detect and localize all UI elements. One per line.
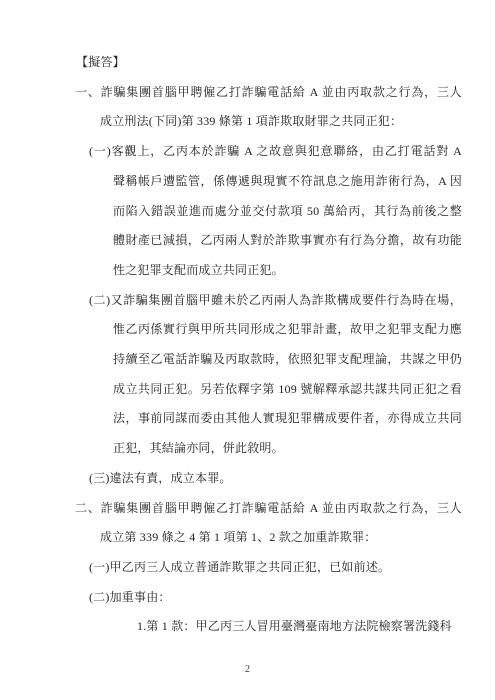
text-line: (二)加重事由：: [89, 583, 462, 613]
text-lines: 一、詐騙集團首腦甲聘僱乙打詐騙電話給 A 並由丙取款之行為，三人成立刑法(下同)…: [0, 78, 462, 642]
text-line: 成立刑法(下同)第 339 條第 1 項詐欺取財罪之共同正犯：: [100, 107, 462, 137]
document-page: 【擬答】 一、詐騙集團首腦甲聘僱乙打詐騙電話給 A 並由丙取款之行為，三人成立刑…: [0, 0, 495, 700]
text-line: 1.第 1 款：甲乙丙三人冒用臺灣臺南地方法院檢察署洗錢科: [137, 612, 462, 642]
text-line: 成立第 339 條之 4 第 1 項第 1、2 款之加重詐欺罪：: [100, 523, 462, 553]
text-line: 成立共同正犯。另若依釋字第 109 號解釋承認共謀共同正犯之看: [113, 375, 462, 405]
page-number: 2: [0, 664, 495, 675]
text-line: 正犯，其結論亦同，併此敘明。: [113, 434, 462, 464]
text-line: (一)客觀上，乙丙本於詐騙 A 之故意與犯意聯絡，由乙打電話對 A: [89, 137, 462, 167]
text-line: 體財產已減損，乙丙兩人對於詐欺事實亦有行為分擔，故有功能: [113, 226, 462, 256]
text-line: 惟乙丙係實行與甲所共同形成之犯罪計畫，故甲之犯罪支配力應: [113, 315, 462, 345]
text-line: (二)又詐騙集團首腦甲雖未於乙丙兩人為詐欺構成要件行為時在場，: [89, 286, 462, 316]
document-body: 【擬答】 一、詐騙集團首腦甲聘僱乙打詐騙電話給 A 並由丙取款之行為，三人成立刑…: [0, 48, 462, 642]
text-line: 而陷入錯誤並進而處分並交付款項 50 萬給丙，其行為前後之整: [113, 197, 462, 227]
text-line: 性之犯罪支配而成立共同正犯。: [113, 256, 462, 286]
text-line: 聲稱帳戶遭監管，係傳遞與現實不符訊息之施用詐術行為，A 因: [113, 167, 462, 197]
text-line: 二、詐騙集團首腦甲聘僱乙打詐騙電話給 A 並由丙取款之行為，三人: [75, 494, 462, 524]
text-line: 持續至乙電話詐騙及丙取款時，依照犯罪支配理論，共謀之甲仍: [113, 345, 462, 375]
text-line: 法，事前同謀而委由其他人實現犯罪構成要件者，亦得成立共同: [113, 404, 462, 434]
text-line: (三)違法有責，成立本罪。: [89, 464, 462, 494]
text-line: (一)甲乙丙三人成立普通詐欺罪之共同正犯，已如前述。: [89, 553, 462, 583]
text-line: 一、詐騙集團首腦甲聘僱乙打詐騙電話給 A 並由丙取款之行為，三人: [75, 78, 462, 108]
answer-title: 【擬答】: [76, 48, 462, 78]
